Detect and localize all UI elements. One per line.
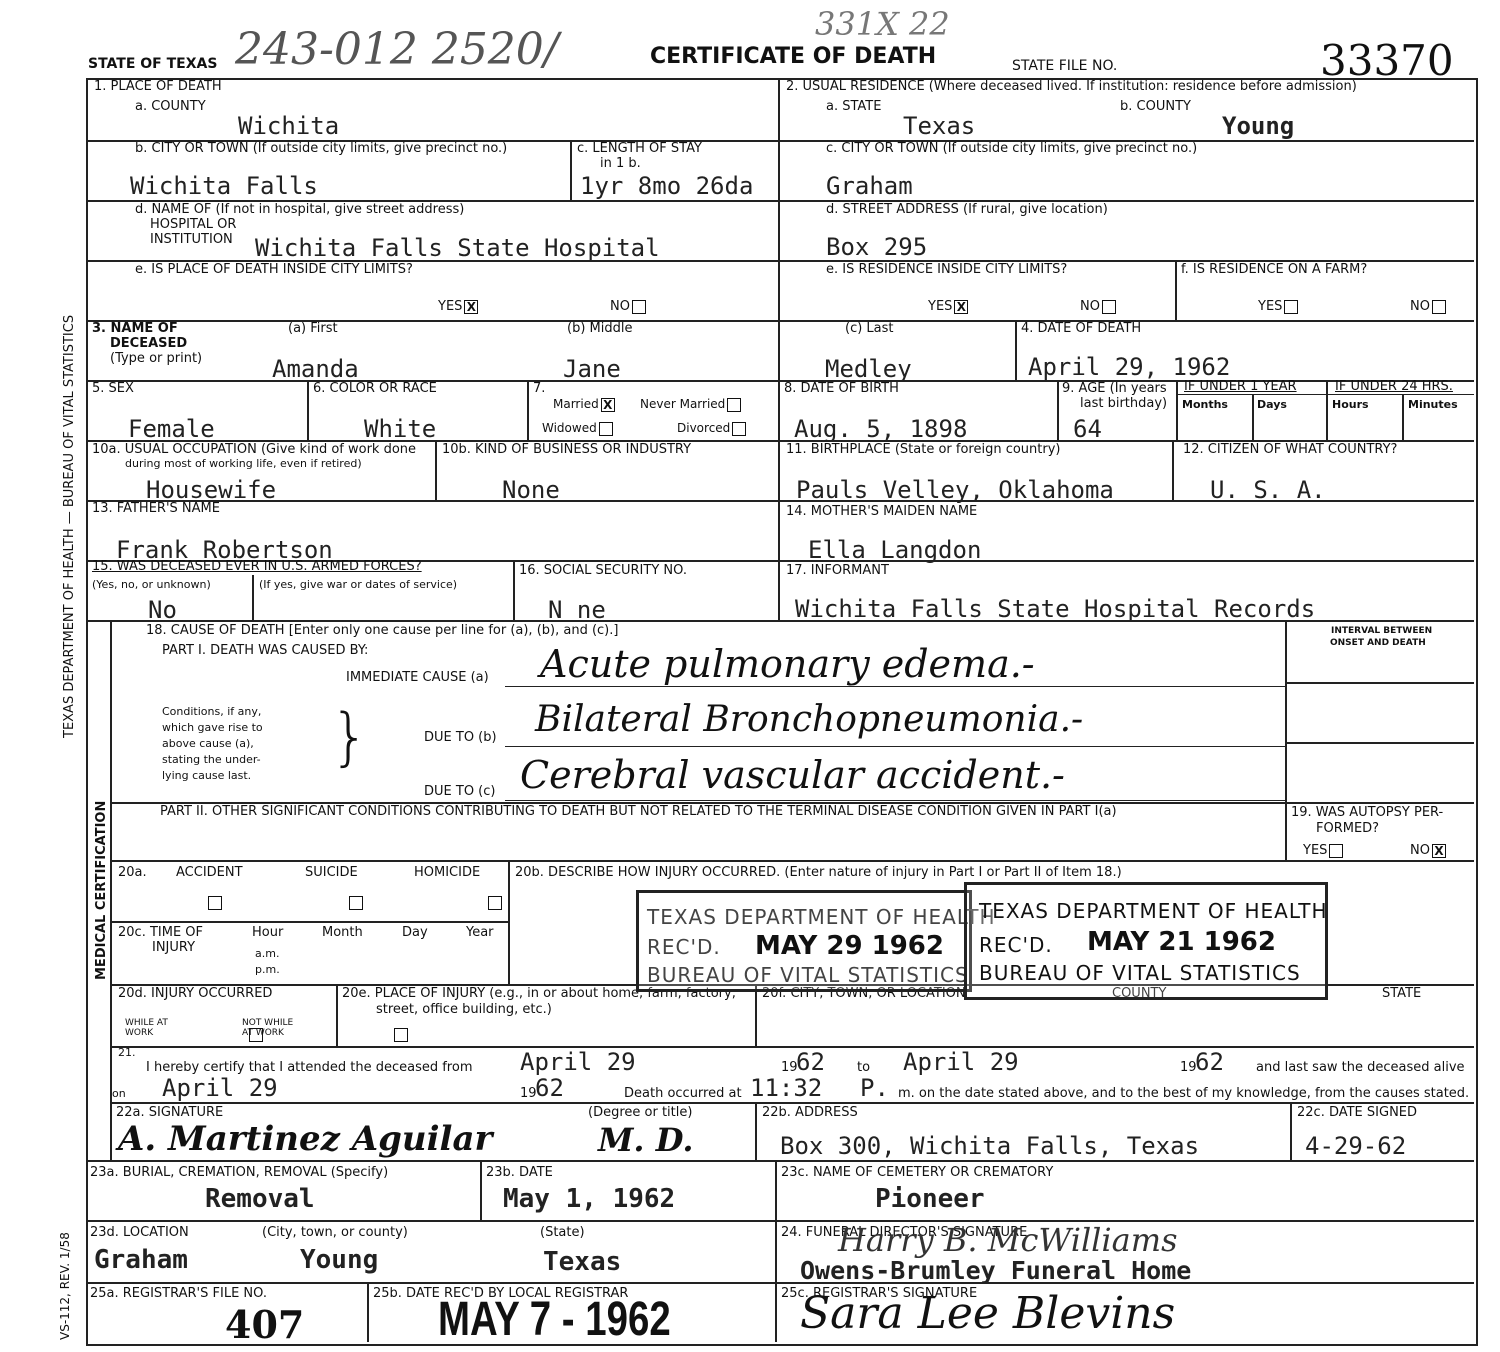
race-value[interactable]: White	[364, 417, 436, 441]
city-label: b. CITY OR TOWN (If outside city limits,…	[135, 142, 507, 157]
death-inside-limits-no[interactable]: NO	[610, 299, 646, 314]
checkbox[interactable]	[727, 398, 741, 412]
sex-value[interactable]: Female	[128, 417, 215, 441]
label-20d: 20d. INJURY OCCURRED	[118, 987, 272, 1002]
sex-label: 5. SEX	[92, 382, 134, 397]
hospital-label: d. NAME OF (If not in hospital, give str…	[135, 203, 464, 218]
registrar-signature[interactable]: Sara Lee Blevins	[800, 1292, 1175, 1336]
funeral-director-signature[interactable]: Harry B. McWilliams	[838, 1224, 1177, 1256]
divider	[1285, 620, 1287, 860]
day-label: Day	[402, 926, 428, 941]
cemetery-value[interactable]: Pioneer	[875, 1186, 985, 1212]
divorced-option[interactable]: Divorced	[677, 421, 746, 436]
armed-sub-2: (If yes, give war or dates of service)	[259, 579, 457, 592]
brace-icon: }	[330, 706, 369, 768]
checkbox-checked[interactable]: X	[601, 398, 615, 412]
certify-tail: m. on the date stated above, and to the …	[898, 1087, 1469, 1102]
label-20c: 20c. TIME OF	[118, 926, 203, 941]
stamp-line: REC'D.	[647, 935, 721, 959]
no-label: NO	[1410, 299, 1430, 314]
label-20e-2: street, office building, etc.)	[376, 1003, 552, 1018]
inside-limits-label: e. IS PLACE OF DEATH INSIDE CITY LIMITS?	[135, 263, 413, 278]
age-value[interactable]: 64	[1073, 417, 1102, 441]
ssn-value[interactable]: N ne	[548, 598, 606, 622]
divider	[252, 575, 254, 620]
yes-label: YES	[438, 299, 462, 314]
address-label: 22b. ADDRESS	[762, 1106, 858, 1121]
checkbox[interactable]	[1329, 844, 1343, 858]
divider	[513, 560, 515, 620]
checkbox[interactable]	[632, 300, 646, 314]
last-saw-label: and last saw the deceased alive	[1256, 1061, 1465, 1076]
divider	[307, 380, 309, 440]
informant-label: 17. INFORMANT	[786, 564, 889, 579]
divider	[755, 1102, 757, 1160]
divider	[1290, 1102, 1292, 1160]
location-city-value[interactable]: Graham	[94, 1247, 188, 1273]
conditions-line: lying cause last.	[162, 768, 263, 784]
autopsy-no[interactable]: NOX	[1410, 843, 1446, 858]
am-label: a.m.	[255, 948, 279, 961]
business-value[interactable]: None	[502, 478, 560, 502]
res-city-label: c. CITY OR TOWN (If outside city limits,…	[826, 142, 1197, 157]
widowed-label: Widowed	[542, 421, 597, 435]
month-label: Month	[322, 926, 363, 941]
not-while-at-work-checkbox[interactable]	[394, 1028, 408, 1042]
middle-name-label: (b) Middle	[567, 322, 632, 337]
suicide-label: SUICIDE	[305, 866, 358, 881]
farm-label: f. IS RESIDENCE ON A FARM?	[1181, 263, 1367, 278]
registrar-date-stamp[interactable]: MAY 7 - 1962	[438, 1292, 671, 1347]
married-label: Married	[553, 397, 599, 411]
divider	[1402, 395, 1404, 440]
handwritten-file-code: 243-012 2520/	[235, 28, 559, 72]
form-revision-label: VS-112, REV. 1/58	[58, 1232, 72, 1340]
divider	[110, 921, 508, 923]
yes-label: YES	[1303, 843, 1327, 858]
label-20b: 20b. DESCRIBE HOW INJURY OCCURRED. (Ente…	[515, 866, 1122, 881]
hospital-label-3: INSTITUTION	[150, 233, 233, 248]
armed-sub-1: (Yes, no, or unknown)	[92, 579, 211, 592]
physician-signature[interactable]: A. Martinez Aguilar	[118, 1122, 492, 1156]
birthplace-label: 11. BIRTHPLACE (State or foreign country…	[786, 443, 1061, 458]
checkbox[interactable]	[599, 422, 613, 436]
divider	[435, 440, 437, 500]
divorced-label: Divorced	[677, 421, 730, 435]
months-label: Months	[1182, 399, 1228, 412]
res-inside-limits-label: e. IS RESIDENCE INSIDE CITY LIMITS?	[826, 263, 1067, 278]
occupation-value[interactable]: Housewife	[146, 478, 276, 502]
due-to-c-value[interactable]: Cerebral vascular accident.-	[520, 756, 1065, 794]
year-label: Year	[466, 926, 494, 941]
res-state-label: a. STATE	[826, 100, 881, 115]
part2-label: PART II. OTHER SIGNIFICANT CONDITIONS CO…	[160, 805, 1117, 820]
divider	[1252, 395, 1254, 440]
attended-to-year[interactable]: 62	[1195, 1050, 1224, 1074]
hour-label: Hour	[252, 926, 283, 941]
divider	[1057, 380, 1059, 440]
hospital-value[interactable]: Wichita Falls State Hospital	[255, 236, 660, 260]
conditions-line: which gave rise to	[162, 720, 263, 736]
race-label: 6. COLOR OR RACE	[313, 382, 437, 397]
checkbox-checked[interactable]: X	[1432, 844, 1446, 858]
widowed-option[interactable]: Widowed	[542, 421, 613, 436]
last-name-value[interactable]: Medley	[825, 357, 912, 381]
cemetery-label: 23c. NAME OF CEMETERY OR CREMATORY	[781, 1166, 1053, 1181]
middle-name-value[interactable]: Jane	[563, 357, 621, 381]
name-label-2: DECEASED	[110, 337, 187, 352]
autopsy-label: 19. WAS AUTOPSY PER-	[1291, 806, 1443, 821]
degree-value[interactable]: M. D.	[598, 1124, 693, 1156]
registrar-file-value[interactable]: 407	[225, 1302, 304, 1347]
burial-date-value[interactable]: May 1, 1962	[503, 1186, 675, 1212]
immediate-cause-value[interactable]: Acute pulmonary edema.-	[540, 645, 1035, 683]
death-county-value[interactable]: Wichita	[238, 114, 339, 138]
divider	[336, 984, 338, 1046]
business-label: 10b. KIND OF BUSINESS OR INDUSTRY	[442, 443, 691, 458]
divider	[1285, 682, 1474, 684]
on-label: on	[112, 1088, 126, 1101]
not-while-at-work-label: NOT WHILE AT WORK	[242, 1018, 302, 1039]
last-seen-date[interactable]: April 29	[162, 1076, 278, 1100]
conditions-line: Conditions, if any,	[162, 704, 263, 720]
age-label: 9. AGE (In years	[1062, 382, 1167, 397]
registrar-file-label: 25a. REGISTRAR'S FILE NO.	[90, 1287, 267, 1302]
father-label: 13. FATHER'S NAME	[92, 502, 220, 517]
farm-yes[interactable]: YES	[1258, 299, 1298, 314]
divider	[480, 1160, 482, 1220]
informant-value[interactable]: Wichita Falls State Hospital Records	[795, 597, 1315, 621]
age-label-2: last birthday)	[1080, 397, 1167, 412]
death-occurred-label: Death occurred at	[624, 1087, 742, 1102]
death-time[interactable]: 11:32	[750, 1076, 822, 1100]
res-county-value[interactable]: Young	[1222, 114, 1294, 138]
divider	[1176, 380, 1178, 440]
divider	[86, 1282, 1474, 1284]
attended-from-date[interactable]: April 29	[520, 1050, 636, 1074]
conditions-line: stating the under-	[162, 752, 263, 768]
res-state-value[interactable]: Texas	[903, 114, 975, 138]
date-signed-label: 22c. DATE SIGNED	[1297, 1106, 1417, 1121]
length-of-stay-sub: in 1 b.	[600, 157, 641, 172]
armed-value[interactable]: No	[148, 598, 177, 622]
divider	[505, 800, 1285, 801]
received-stamp-1: TEXAS DEPARTMENT OF HEALTH REC'D. MAY 29…	[636, 890, 972, 992]
state-of-texas-label: STATE OF TEXAS	[88, 56, 217, 72]
homicide-label: HOMICIDE	[414, 866, 480, 881]
divider	[570, 140, 572, 200]
funeral-home-value[interactable]: Owens-Brumley Funeral Home	[800, 1258, 1191, 1283]
death-date-label: 4. DATE OF DEATH	[1021, 322, 1141, 337]
immediate-cause-label: IMMEDIATE CAUSE (a)	[346, 671, 489, 686]
yes-label: YES	[928, 299, 952, 314]
name-label: 3. NAME OF	[92, 322, 178, 337]
length-of-stay-label: c. LENGTH OF STAY	[577, 142, 702, 157]
divider	[86, 1220, 1474, 1222]
conditions-note: Conditions, if any, which gave rise to a…	[162, 704, 263, 784]
armed-forces-label: 15. WAS DECEASED EVER IN U.S. ARMED FORC…	[92, 560, 422, 575]
due-to-c-label: DUE TO (c)	[424, 785, 495, 800]
burial-date-label: 23b. DATE	[486, 1166, 553, 1181]
pm-label: p.m.	[255, 964, 280, 977]
no-label: NO	[1410, 843, 1430, 858]
ssn-label: 16. SOCIAL SECURITY NO.	[519, 564, 687, 579]
yes-label: YES	[1258, 299, 1282, 314]
hours-label: Hours	[1332, 399, 1369, 412]
divider	[778, 78, 780, 620]
while-at-work-label: WHILE AT WORK	[125, 1018, 177, 1039]
birthplace-value[interactable]: Pauls Velley, Oklahoma	[796, 478, 1114, 502]
last-seen-year[interactable]: 62	[535, 1076, 564, 1100]
no-label: NO	[1080, 299, 1100, 314]
citizen-value[interactable]: U. S. A.	[1210, 478, 1326, 502]
res-city-value[interactable]: Graham	[826, 174, 913, 198]
farm-no[interactable]: NO	[1410, 299, 1446, 314]
divider	[1015, 320, 1017, 380]
checkbox-checked[interactable]: X	[954, 300, 968, 314]
divider	[1172, 440, 1174, 500]
place-of-death-label: 1. PLACE OF DEATH	[94, 80, 222, 95]
res-inside-yes[interactable]: YESX	[928, 299, 968, 314]
length-of-stay-value[interactable]: 1yr 8mo 26da	[580, 174, 753, 198]
citizen-label: 12. CITIZEN OF WHAT COUNTRY?	[1183, 443, 1397, 458]
divider	[367, 1282, 369, 1342]
divider	[755, 984, 757, 1046]
due-to-b-label: DUE TO (b)	[424, 731, 497, 746]
location-state-label: (State)	[540, 1226, 585, 1241]
divider	[1285, 742, 1474, 744]
suicide-checkbox[interactable]	[349, 896, 363, 910]
pencil-note: 331X 22	[815, 8, 950, 40]
part1-label: PART I. DEATH WAS CAUSED BY:	[162, 644, 368, 659]
birth-date-label: 8. DATE OF BIRTH	[784, 382, 899, 397]
checkbox-checked[interactable]: X	[464, 300, 478, 314]
death-ampm[interactable]: P.	[860, 1076, 889, 1100]
conditions-line: above cause (a),	[162, 736, 263, 752]
divider	[505, 686, 1285, 687]
cause-label: 18. CAUSE OF DEATH [Enter only one cause…	[146, 624, 618, 639]
location-county-value[interactable]: Young	[300, 1247, 378, 1273]
stamp-line: TEXAS DEPARTMENT OF HEALTH	[979, 899, 1327, 923]
checkbox[interactable]	[1432, 300, 1446, 314]
divider	[1326, 380, 1328, 440]
days-label: Days	[1257, 399, 1287, 412]
location-state-value[interactable]: Texas	[543, 1249, 621, 1275]
attended-to-date[interactable]: April 29	[903, 1050, 1019, 1074]
under-year-label: IF UNDER 1 YEAR	[1184, 380, 1297, 395]
birth-date-value[interactable]: Aug. 5, 1898	[794, 417, 967, 441]
divider	[775, 1160, 777, 1342]
no-label: NO	[610, 299, 630, 314]
divider	[110, 1102, 1474, 1104]
residence-label: 2. USUAL RESIDENCE (Where deceased lived…	[786, 80, 1357, 95]
occupation-label-2: during most of working life, even if ret…	[125, 458, 362, 471]
autopsy-yes[interactable]: YES	[1303, 843, 1343, 858]
stamp-date: MAY 21 1962	[1087, 927, 1276, 957]
homicide-checkbox[interactable]	[488, 896, 502, 910]
interval-label: INTERVAL BETWEEN	[1331, 626, 1432, 636]
checkbox[interactable]	[732, 422, 746, 436]
occupation-label: 10a. USUAL OCCUPATION (Give kind of work…	[92, 443, 416, 458]
res-county-label: b. COUNTY	[1120, 100, 1191, 115]
res-inside-no[interactable]: NO	[1080, 299, 1116, 314]
under-24-label: IF UNDER 24 HRS.	[1335, 380, 1453, 395]
divider	[508, 860, 510, 985]
stamp-line: TEXAS DEPARTMENT OF HEALTH	[647, 905, 995, 929]
stamp-date: MAY 29 1962	[755, 931, 944, 961]
minutes-label: Minutes	[1408, 399, 1458, 412]
certificate-title: CERTIFICATE OF DEATH	[650, 44, 936, 69]
county-label: a. COUNTY	[135, 100, 206, 115]
divider	[527, 380, 529, 440]
first-name-label: (a) First	[288, 322, 338, 337]
res-street-label: d. STREET ADDRESS (If rural, give locati…	[826, 203, 1108, 218]
stamp-line: BUREAU OF VITAL STATISTICS	[979, 961, 1301, 985]
checkbox[interactable]	[1102, 300, 1116, 314]
label-20c-2: INJURY	[152, 941, 195, 956]
degree-label: (Degree or title)	[588, 1106, 692, 1121]
death-date-value[interactable]: April 29, 1962	[1028, 355, 1230, 379]
marital-label: 7.	[533, 382, 545, 397]
divider	[505, 746, 1285, 747]
location-sub-label: (City, town, or county)	[262, 1226, 408, 1241]
state-file-label: STATE FILE NO.	[1012, 58, 1117, 74]
department-side-label: TEXAS DEPARTMENT OF HEALTH — BUREAU OF V…	[62, 315, 77, 738]
accident-label: ACCIDENT	[176, 866, 243, 881]
burial-value[interactable]: Removal	[205, 1186, 315, 1212]
death-city-value[interactable]: Wichita Falls	[130, 174, 318, 198]
accident-checkbox[interactable]	[208, 896, 222, 910]
state-label: STATE	[1382, 987, 1421, 1002]
divider	[110, 1046, 1474, 1048]
divider	[1175, 260, 1177, 320]
interval-label-2: ONSET AND DEATH	[1330, 638, 1426, 648]
first-name-value[interactable]: Amanda	[272, 357, 359, 381]
location-label: 23d. LOCATION	[90, 1226, 189, 1241]
divider	[86, 1160, 1474, 1162]
divider	[110, 860, 1474, 862]
date-signed-value[interactable]: 4-29-62	[1305, 1134, 1406, 1158]
address-value[interactable]: Box 300, Wichita Falls, Texas	[780, 1134, 1199, 1158]
divider	[110, 620, 112, 1160]
res-street-value[interactable]: Box 295	[826, 235, 927, 259]
mother-value[interactable]: Ella Langdon	[808, 538, 981, 562]
hospital-label-2: HOSPITAL OR	[150, 218, 236, 233]
autopsy-label-2: FORMED?	[1316, 822, 1379, 837]
name-label-3: (Type or print)	[110, 352, 202, 367]
label-20a: 20a.	[118, 866, 147, 881]
never-married-option[interactable]: Never Married	[640, 397, 741, 412]
stamp-line: REC'D.	[979, 933, 1053, 957]
mother-label: 14. MOTHER'S MAIDEN NAME	[786, 505, 977, 520]
never-married-label: Never Married	[640, 397, 725, 411]
checkbox[interactable]	[1284, 300, 1298, 314]
death-inside-limits-yes[interactable]: YESX	[438, 299, 478, 314]
burial-label: 23a. BURIAL, CREMATION, REMOVAL (Specify…	[90, 1166, 388, 1181]
last-name-label: (c) Last	[845, 322, 894, 337]
certify-num: 21.	[118, 1047, 136, 1060]
married-option[interactable]: MarriedX	[553, 397, 615, 412]
due-to-b-value[interactable]: Bilateral Bronchopneumonia.-	[535, 702, 1083, 738]
stamp-line: BUREAU OF VITAL STATISTICS	[647, 963, 969, 987]
received-stamp-2: TEXAS DEPARTMENT OF HEALTH REC'D. MAY 21…	[964, 882, 1328, 1000]
attended-from-year[interactable]: 62	[796, 1050, 825, 1074]
